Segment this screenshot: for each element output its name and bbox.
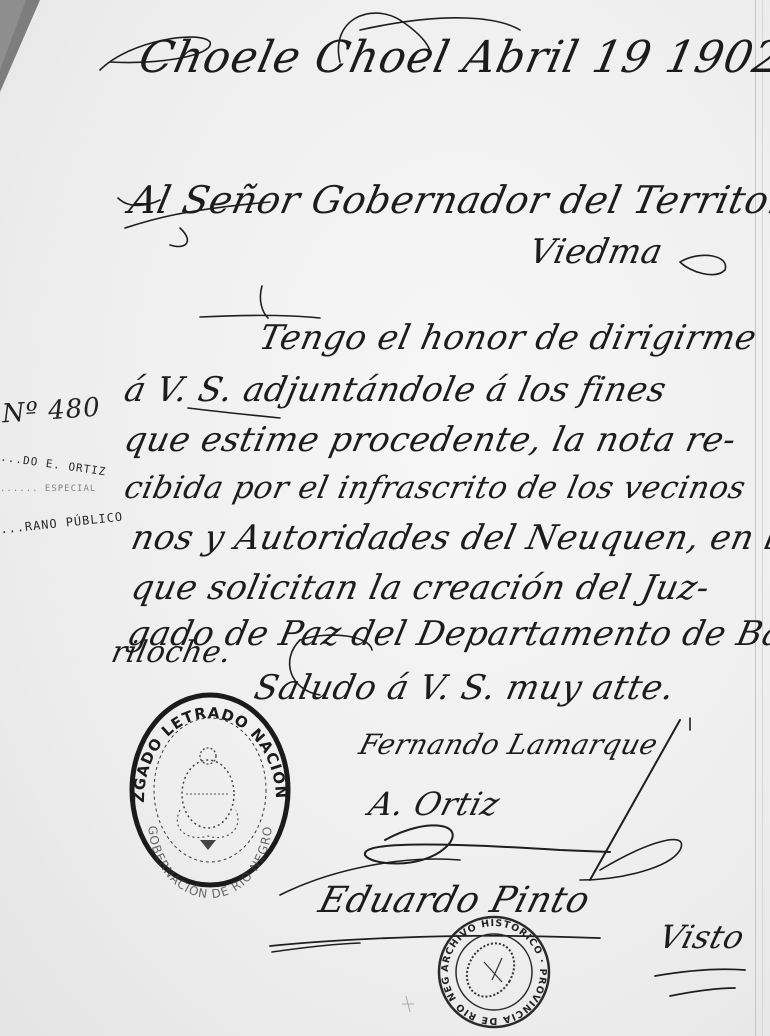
body-line-3: que estime procedente, la nota re- [121, 420, 740, 460]
body-line-2: á V. S. adjuntándole á los fines [121, 370, 670, 410]
scanned-letter-page: JUZGADO LETRADO NACIONAL GOBERNACIÓN DE … [0, 0, 770, 1036]
archive-seal: ARCHIVO HISTÓRICO · PROVINCIA DE RIO NEG… [439, 917, 549, 1027]
visto-annotation: Visto [655, 918, 749, 956]
addressee-city: Viedma [526, 232, 667, 272]
letter-date-line: Choele Choel Abril 19 1902 [135, 32, 770, 83]
signature-ortiz: A. Ortiz [365, 785, 504, 823]
svg-text:JUZGADO LETRADO NACIONAL: JUZGADO LETRADO NACIONAL [130, 704, 290, 803]
signature-pinto: Eduardo Pinto [315, 880, 595, 921]
court-seal-top-text: JUZGADO LETRADO NACIONAL [130, 704, 290, 803]
closing-salutation: Saludo á V. S. muy atte. [251, 668, 679, 708]
signature-lamarque: Fernando Lamarque [356, 728, 662, 761]
svg-text:GOBERNACIÓN DE RIO NEGRO: GOBERNACIÓN DE RIO NEGRO [145, 825, 275, 901]
notary-stamp-title: ...... ESPECIAL [0, 484, 96, 494]
body-line-5: nos y Autoridades del Neuquen, en la [128, 518, 770, 558]
court-seal-bottom-text: GOBERNACIÓN DE RIO NEGRO [145, 825, 275, 901]
addressee-line: Al Señor Gobernador del Territorio [125, 178, 770, 222]
body-line-6: que solicitan la creación del Juz- [128, 568, 714, 608]
body-line-8: riloche. [108, 635, 234, 670]
body-line-1: Tengo el honor de dirigirme [256, 318, 760, 358]
body-line-4: cibida por el infrascrito de los vecinos [121, 470, 749, 506]
court-seal: JUZGADO LETRADO NACIONAL GOBERNACIÓN DE … [130, 695, 290, 901]
